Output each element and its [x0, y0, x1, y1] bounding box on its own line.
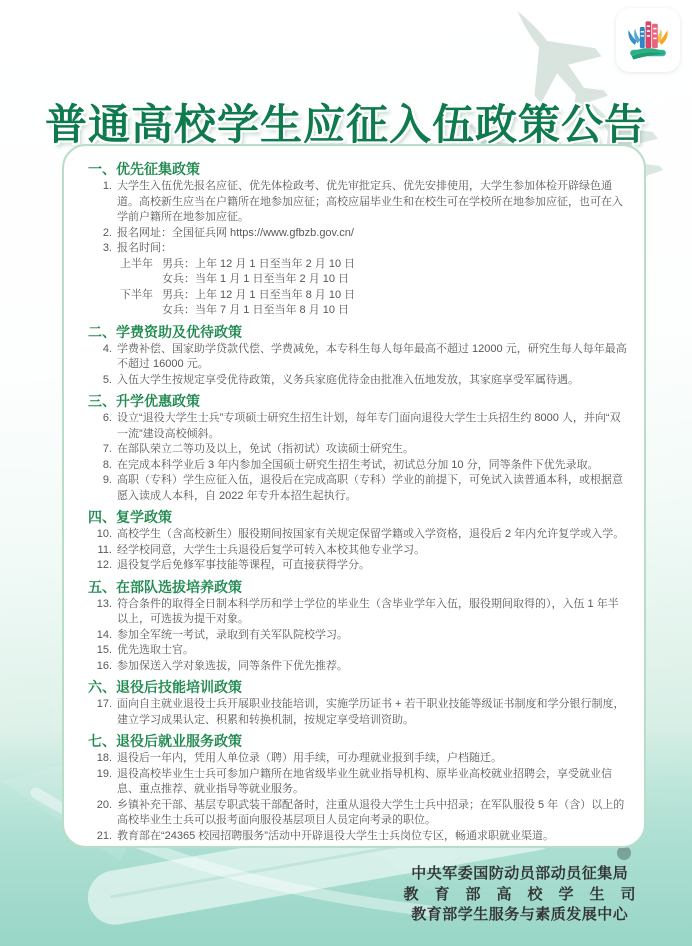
item-text: 在部队荣立二等功及以上，免试（指初试）攻读硕士研究生。: [117, 442, 628, 458]
item-text: 设立“退役大学生士兵”专项硕士研究生招生计划，每年专门面向退役大学生士兵招生约 …: [117, 411, 628, 442]
policy-item: 8.在完成本科学业后 3 年内参加全国硕士研究生招生考试，初试总分加 10 分，…: [88, 458, 628, 474]
item-text: 入伍大学生按规定享受优待政策，义务兵家庭优待金由批准入伍地发放，其家庭享受军属待…: [117, 373, 628, 389]
item-number: 15.: [88, 643, 117, 659]
item-number: 17.: [88, 697, 117, 728]
schedule-row: 下半年男兵：上年 12 月 1 日至当年 8 月 10 日: [120, 288, 628, 304]
schedule-entry: 男兵：上年 12 月 1 日至当年 8 月 10 日: [162, 288, 628, 304]
policy-item: 5.入伍大学生按规定享受优待政策，义务兵家庭优待金由批准入伍地发放，其家庭享受军…: [88, 373, 628, 389]
schedule-period: 下半年: [120, 288, 162, 304]
policy-item: 12.退役复学后免修军事技能等课程，可直接获得学分。: [88, 558, 628, 574]
item-number: 13.: [88, 597, 117, 628]
item-number: 1.: [88, 179, 117, 226]
policy-section: 五、在部队选拔培养政策13.符合条件的取得全日制本科学历和学士学位的毕业生（含毕…: [88, 579, 628, 675]
policy-item: 21.教育部在“24365 校园招聘服务”活动中开辟退役大学生士兵岗位专区，畅通…: [88, 829, 628, 845]
section-heading: 三、升学优惠政策: [88, 393, 628, 409]
policy-item: 17.面向自主就业退役士兵开展职业技能培训，实施学历证书 + 若干职业技能等级证…: [88, 697, 628, 728]
policy-section: 一、优先征集政策1.大学生入伍优先报名应征、优先体检政考、优先审批定兵、优先安排…: [88, 161, 628, 319]
policy-item: 3.报名时间：: [88, 241, 628, 257]
schedule-row: 女兵：当年 1 月 1 日至当年 2 月 10 日: [120, 272, 628, 288]
item-number: 5.: [88, 373, 117, 389]
item-text: 学费补偿、国家助学贷款代偿、学费减免，本专科生每人每年最高不超过 12000 元…: [117, 342, 628, 373]
issuing-agencies: 中央军委国防动员部动员征集局 教 育 部 高 校 学 生 司 教育部学生服务与素…: [403, 864, 636, 926]
item-number: 11.: [88, 543, 117, 559]
policy-section: 六、退役后技能培训政策17.面向自主就业退役士兵开展职业技能培训，实施学历证书 …: [88, 679, 628, 728]
issuer-line: 教育部学生服务与素质发展中心: [403, 905, 636, 926]
policy-item: 9.高职（专科）学生应征入伍，退役后在完成高职（专科）学业的前提下，可免试入读普…: [88, 473, 628, 504]
item-number: 9.: [88, 473, 117, 504]
item-number: 21.: [88, 829, 117, 845]
policy-item: 6.设立“退役大学生士兵”专项硕士研究生招生计划，每年专门面向退役大学生士兵招生…: [88, 411, 628, 442]
policy-item: 15.优先选取士官。: [88, 643, 628, 659]
policy-item: 20.乡镇补充干部、基层专职武装干部配备时，注重从退役大学生士兵中招录；在军队服…: [88, 798, 628, 829]
education-emblem-icon: [622, 14, 674, 66]
item-text: 退役后一年内，凭用人单位录（聘）用手续，可办理就业报到手续，户档随迁。: [117, 751, 628, 767]
item-text: 参加保送入学对象选拔，同等条件下优先推荐。: [117, 659, 628, 675]
section-heading: 二、学费资助及优待政策: [88, 324, 628, 340]
policy-section: 四、复学政策10.高校学生（含高校新生）服役期间按国家有关规定保留学籍或入学资格…: [88, 509, 628, 574]
issuer-line: 教 育 部 高 校 学 生 司: [403, 885, 636, 906]
item-text: 报名时间：: [117, 241, 628, 257]
policy-section: 三、升学优惠政策6.设立“退役大学生士兵”专项硕士研究生招生计划，每年专门面向退…: [88, 393, 628, 504]
agency-logo: [616, 8, 680, 72]
policy-section: 二、学费资助及优待政策4.学费补偿、国家助学贷款代偿、学费减免，本专科生每人每年…: [88, 324, 628, 389]
policy-item: 10.高校学生（含高校新生）服役期间按国家有关规定保留学籍或入学资格，退役后 2…: [88, 527, 628, 543]
item-text: 面向自主就业退役士兵开展职业技能培训，实施学历证书 + 若干职业技能等级证书制度…: [117, 697, 628, 728]
item-text: 在完成本科学业后 3 年内参加全国硕士研究生招生考试，初试总分加 10 分，同等…: [117, 458, 628, 474]
item-number: 12.: [88, 558, 117, 574]
schedule-entry: 女兵：当年 1 月 1 日至当年 2 月 10 日: [162, 272, 628, 288]
item-text: 教育部在“24365 校园招聘服务”活动中开辟退役大学生士兵岗位专区，畅通求职就…: [117, 829, 628, 845]
item-number: 3.: [88, 241, 117, 257]
item-text: 优先选取士官。: [117, 643, 628, 659]
item-text: 高校学生（含高校新生）服役期间按国家有关规定保留学籍或入学资格，退役后 2 年内…: [117, 527, 628, 543]
schedule-row: 女兵：当年 7 月 1 日至当年 8 月 10 日: [120, 303, 628, 319]
item-number: 19.: [88, 767, 117, 798]
item-number: 14.: [88, 628, 117, 644]
issuer-line: 中央军委国防动员部动员征集局: [403, 864, 636, 885]
item-number: 4.: [88, 342, 117, 373]
item-text: 报名网址：全国征兵网 https://www.gfbzb.gov.cn/: [117, 226, 628, 242]
policy-item: 18.退役后一年内，凭用人单位录（聘）用手续，可办理就业报到手续，户档随迁。: [88, 751, 628, 767]
item-text: 高职（专科）学生应征入伍，退役后在完成高职（专科）学业的前提下，可免试入读普通本…: [117, 473, 628, 504]
policy-item: 11.经学校同意，大学生士兵退役后复学可转入本校其他专业学习。: [88, 543, 628, 559]
item-text: 退役复学后免修军事技能等课程，可直接获得学分。: [117, 558, 628, 574]
item-number: 7.: [88, 442, 117, 458]
item-number: 8.: [88, 458, 117, 474]
policy-item: 19.退役高校毕业生士兵可参加户籍所在地省级毕业生就业指导机构、原毕业高校就业招…: [88, 767, 628, 798]
schedule-row: 上半年男兵：上年 12 月 1 日至当年 2 月 10 日: [120, 257, 628, 273]
policy-card: 一、优先征集政策1.大学生入伍优先报名应征、优先体检政考、优先审批定兵、优先安排…: [62, 144, 646, 848]
schedule-entry: 女兵：当年 7 月 1 日至当年 8 月 10 日: [162, 303, 628, 319]
item-number: 20.: [88, 798, 117, 829]
policy-item: 2.报名网址：全国征兵网 https://www.gfbzb.gov.cn/: [88, 226, 628, 242]
item-number: 18.: [88, 751, 117, 767]
policy-section: 七、退役后就业服务政策18.退役后一年内，凭用人单位录（聘）用手续，可办理就业报…: [88, 733, 628, 844]
item-text: 符合条件的取得全日制本科学历和学士学位的毕业生（含毕业学年入伍，服役期间取得的）…: [117, 597, 628, 628]
schedule-period: [120, 303, 162, 319]
item-text: 经学校同意，大学生士兵退役后复学可转入本校其他专业学习。: [117, 543, 628, 559]
item-number: 10.: [88, 527, 117, 543]
section-heading: 四、复学政策: [88, 509, 628, 525]
section-heading: 六、退役后技能培训政策: [88, 679, 628, 695]
poster-title: 普通高校学生应征入伍政策公告: [0, 102, 692, 148]
item-text: 大学生入伍优先报名应征、优先体检政考、优先审批定兵、优先安排使用，大学生参加体检…: [117, 179, 628, 226]
item-text: 退役高校毕业生士兵可参加户籍所在地省级毕业生就业指导机构、原毕业高校就业招聘会，…: [117, 767, 628, 798]
schedule-period: 上半年: [120, 257, 162, 273]
policy-item: 16.参加保送入学对象选拔，同等条件下优先推荐。: [88, 659, 628, 675]
item-number: 6.: [88, 411, 117, 442]
policy-item: 4.学费补偿、国家助学贷款代偿、学费减免，本专科生每人每年最高不超过 12000…: [88, 342, 628, 373]
schedule-entry: 男兵：上年 12 月 1 日至当年 2 月 10 日: [162, 257, 628, 273]
section-heading: 一、优先征集政策: [88, 161, 628, 177]
item-text: 乡镇补充干部、基层专职武装干部配备时，注重从退役大学生士兵中招录；在军队服役 5…: [117, 798, 628, 829]
schedule-period: [120, 272, 162, 288]
policy-item: 7.在部队荣立二等功及以上，免试（指初试）攻读硕士研究生。: [88, 442, 628, 458]
item-text: 参加全军统一考试，录取到有关军队院校学习。: [117, 628, 628, 644]
policy-item: 14.参加全军统一考试，录取到有关军队院校学习。: [88, 628, 628, 644]
item-number: 16.: [88, 659, 117, 675]
section-heading: 五、在部队选拔培养政策: [88, 579, 628, 595]
section-heading: 七、退役后就业服务政策: [88, 733, 628, 749]
policy-item: 13.符合条件的取得全日制本科学历和学士学位的毕业生（含毕业学年入伍，服役期间取…: [88, 597, 628, 628]
policy-sections: 一、优先征集政策1.大学生入伍优先报名应征、优先体检政考、优先审批定兵、优先安排…: [88, 161, 628, 844]
enlistment-policy-poster: 普通高校学生应征入伍政策公告 一、优先征集政策1.大学生入伍优先报名应征、优先体…: [0, 0, 692, 946]
policy-item: 1.大学生入伍优先报名应征、优先体检政考、优先审批定兵、优先安排使用，大学生参加…: [88, 179, 628, 226]
item-number: 2.: [88, 226, 117, 242]
